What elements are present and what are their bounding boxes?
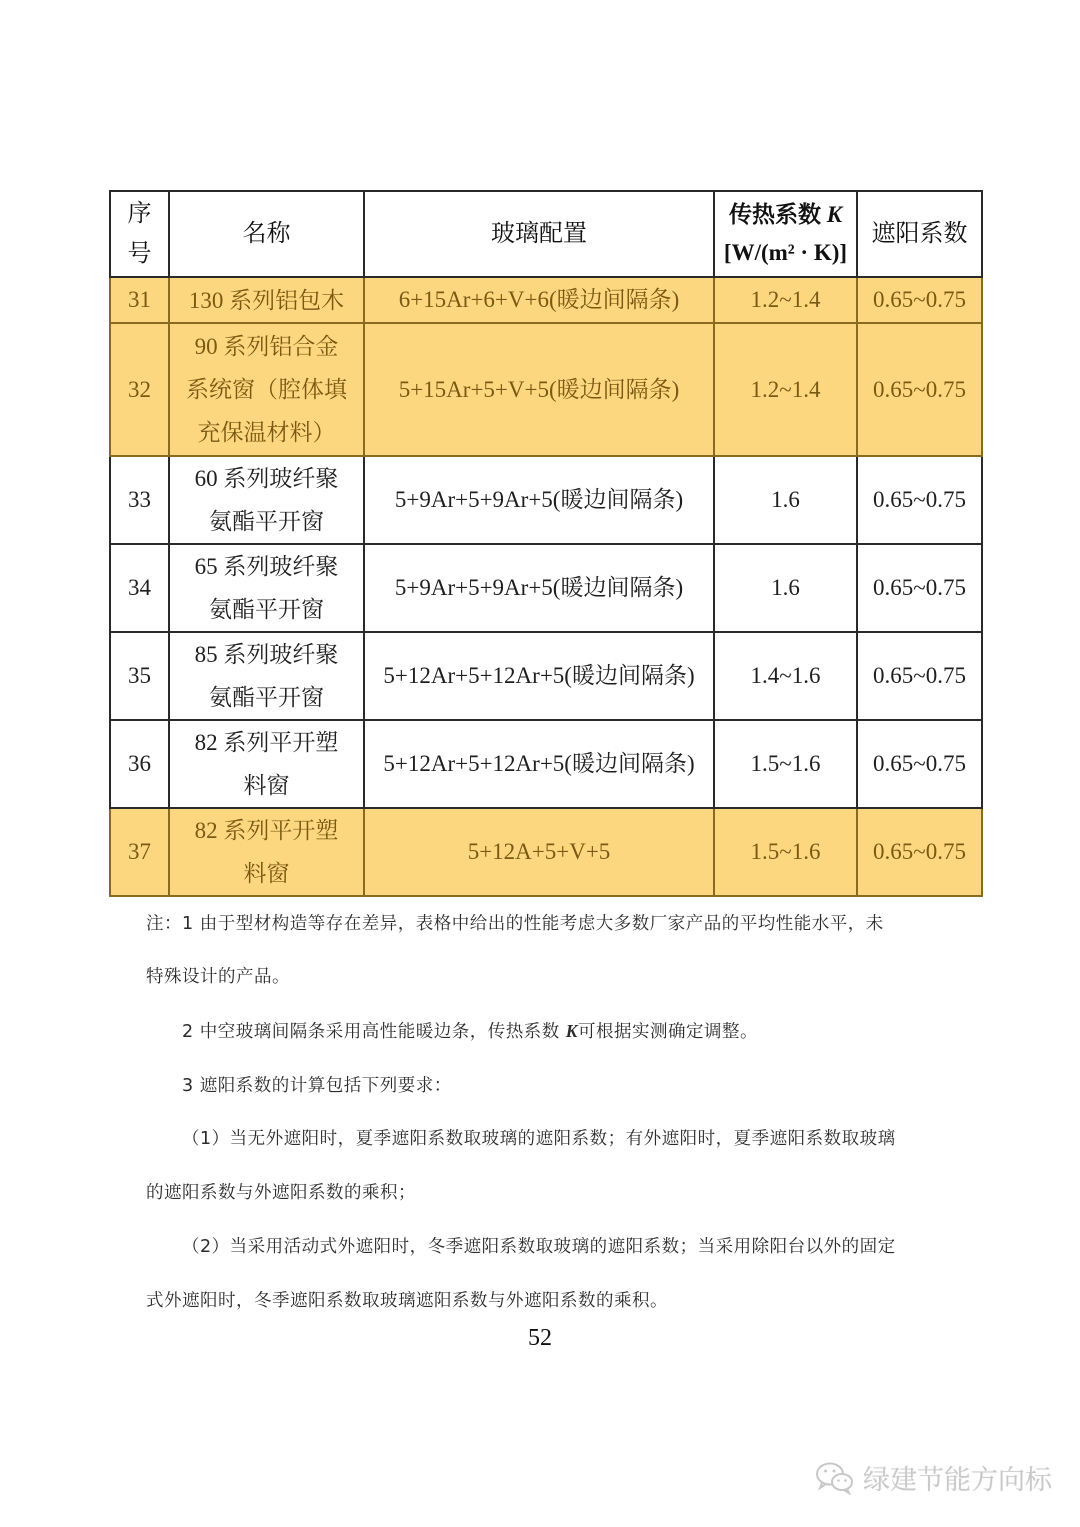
cell-glass: 5+12Ar+5+12Ar+5(暖边间隔条) (364, 720, 714, 808)
header-k-line1: 传热系数 K (715, 196, 856, 234)
cell-name: 85 系列玻纤聚 氨酯平开窗 (169, 632, 364, 720)
cell-shading: 0.65~0.75 (857, 720, 982, 808)
cell-name: 65 系列玻纤聚 氨酯平开窗 (169, 544, 364, 632)
cell-index: 35 (110, 632, 169, 720)
cell-k: 1.6 (714, 456, 857, 544)
cell-shading: 0.65~0.75 (857, 632, 982, 720)
header-name: 名称 (169, 191, 364, 277)
cell-index: 37 (110, 808, 169, 896)
table-row: 34 65 系列玻纤聚 氨酯平开窗 5+9Ar+5+9Ar+5(暖边间隔条) 1… (110, 544, 982, 632)
cell-glass: 5+12A+5+V+5 (364, 808, 714, 896)
header-k-unit: [W/(m² · K)] (715, 234, 856, 272)
header-index: 序 号 (110, 191, 169, 277)
cell-name: 90 系列铝合金 系统窗（腔体填 充保温材料） (169, 323, 364, 456)
cell-index: 32 (110, 323, 169, 456)
note-3: 3 遮阳系数的计算包括下列要求： (182, 1072, 452, 1097)
cell-glass: 5+9Ar+5+9Ar+5(暖边间隔条) (364, 456, 714, 544)
cell-k: 1.5~1.6 (714, 808, 857, 896)
wechat-icon (815, 1461, 855, 1495)
cell-glass: 5+15Ar+5+V+5(暖边间隔条) (364, 323, 714, 456)
cell-k: 1.2~1.4 (714, 323, 857, 456)
note-3-1-line-2: 的遮阳系数与外遮阳系数的乘积； (146, 1179, 416, 1204)
cell-k: 1.5~1.6 (714, 720, 857, 808)
cell-shading: 0.65~0.75 (857, 808, 982, 896)
table-row: 31 130 系列铝包木 6+15Ar+6+V+6(暖边间隔条) 1.2~1.4… (110, 277, 982, 323)
table-row: 35 85 系列玻纤聚 氨酯平开窗 5+12Ar+5+12Ar+5(暖边间隔条)… (110, 632, 982, 720)
cell-k: 1.6 (714, 544, 857, 632)
document-page: 序 号 名称 玻璃配置 传热系数 K [W/(m² · K)] 遮阳系数 31 … (0, 0, 1080, 1527)
cell-shading: 0.65~0.75 (857, 544, 982, 632)
cell-index: 36 (110, 720, 169, 808)
note-3-1-line-1: （1）当无外遮阳时，夏季遮阳系数取玻璃的遮阳系数；有外遮阳时，夏季遮阳系数取玻璃 (182, 1125, 896, 1150)
header-index-line2: 号 (111, 234, 168, 274)
cell-name: 82 系列平开塑 料窗 (169, 720, 364, 808)
cell-glass: 6+15Ar+6+V+6(暖边间隔条) (364, 277, 714, 323)
cell-shading: 0.65~0.75 (857, 456, 982, 544)
cell-name: 82 系列平开塑 料窗 (169, 808, 364, 896)
window-spec-table: 序 号 名称 玻璃配置 传热系数 K [W/(m² · K)] 遮阳系数 31 … (109, 190, 983, 897)
cell-shading: 0.65~0.75 (857, 323, 982, 456)
note-1-line-2: 特殊设计的产品。 (146, 963, 290, 988)
cell-glass: 5+12Ar+5+12Ar+5(暖边间隔条) (364, 632, 714, 720)
header-index-line1: 序 (111, 194, 168, 234)
header-shading-coefficient: 遮阳系数 (857, 191, 982, 277)
watermark-text: 绿建节能方向标 (863, 1458, 1052, 1497)
cell-k: 1.2~1.4 (714, 277, 857, 323)
cell-index: 34 (110, 544, 169, 632)
note-1-line-1: 注：1 由于型材构造等存在差异，表格中给出的性能考虑大多数厂家产品的平均性能水平… (146, 910, 884, 935)
table-row: 37 82 系列平开塑 料窗 5+12A+5+V+5 1.5~1.6 0.65~… (110, 808, 982, 896)
watermark: 绿建节能方向标 (815, 1458, 1052, 1497)
table-row: 36 82 系列平开塑 料窗 5+12Ar+5+12Ar+5(暖边间隔条) 1.… (110, 720, 982, 808)
table-row: 33 60 系列玻纤聚 氨酯平开窗 5+9Ar+5+9Ar+5(暖边间隔条) 1… (110, 456, 982, 544)
header-glass-config: 玻璃配置 (364, 191, 714, 277)
note-3-2-line-2: 式外遮阳时，冬季遮阳系数取玻璃遮阳系数与外遮阳系数的乘积。 (146, 1287, 668, 1312)
table-header-row: 序 号 名称 玻璃配置 传热系数 K [W/(m² · K)] 遮阳系数 (110, 191, 982, 277)
cell-glass: 5+9Ar+5+9Ar+5(暖边间隔条) (364, 544, 714, 632)
cell-shading: 0.65~0.75 (857, 277, 982, 323)
cell-name: 130 系列铝包木 (169, 277, 364, 323)
cell-k: 1.4~1.6 (714, 632, 857, 720)
page-number: 52 (0, 1325, 1080, 1352)
note-3-2-line-1: （2）当采用活动式外遮阳时，冬季遮阳系数取玻璃的遮阳系数；当采用除阳台以外的固定 (182, 1233, 896, 1258)
cell-index: 31 (110, 277, 169, 323)
cell-index: 33 (110, 456, 169, 544)
cell-name: 60 系列玻纤聚 氨酯平开窗 (169, 456, 364, 544)
note-2: 2 中空玻璃间隔条采用高性能暖边条，传热系数 K可根据实测确定调整。 (182, 1018, 758, 1043)
table-row: 32 90 系列铝合金 系统窗（腔体填 充保温材料） 5+15Ar+5+V+5(… (110, 323, 982, 456)
header-k-value: 传热系数 K [W/(m² · K)] (714, 191, 857, 277)
